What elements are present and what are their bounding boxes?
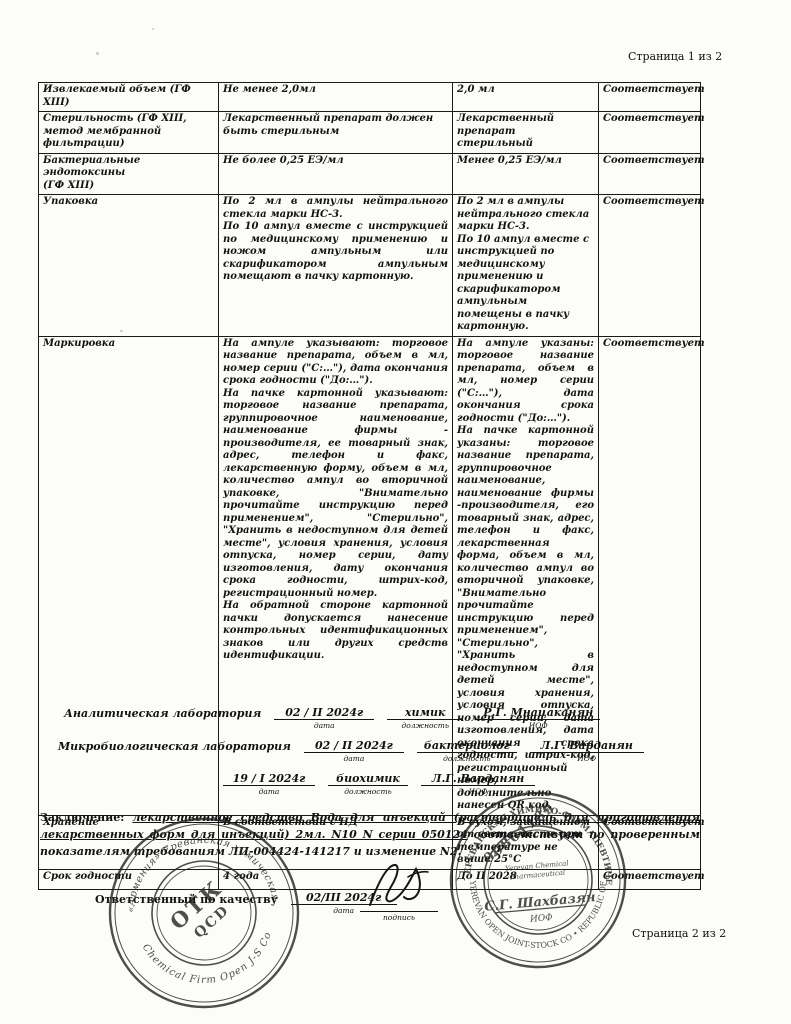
requirement-cell: Лекарственный препарат должен быть стери… [219,112,453,154]
date-value: 02 / II 2024г [274,706,374,720]
company-seal-stamp: ЕРЕВАНСКАЯ ХИМИКО-ФАРМАЦЕВТИЧЕСКАЯ ФИРМА… [443,785,632,974]
role-value: бактериолог [417,739,517,753]
person-field: Р.Г. Мнацаканян ИОФ [476,706,600,730]
signature-scribble [364,863,434,907]
scan-speck [152,28,154,30]
seal-director-name: С.Г. Шахбазян [484,890,596,915]
table-row: Извлекаемый объем (ГФ XIII) Не менее 2,0… [39,83,701,112]
table-row: Упаковка По 2 мл в ампулы нейтрального с… [39,195,701,337]
lab-name: Микробиологическая лаборатория [58,739,291,753]
person-value: Л.Г. Варданян [530,739,644,753]
scan-speck [120,330,123,332]
role-label: должность [344,787,391,796]
date-label: дата [259,787,280,796]
scanned-document-page: Страница 1 из 2 Извлекаемый объем (ГФ XI… [0,0,791,1024]
signature-label: подпись [360,913,438,922]
role-label: должность [402,721,449,730]
date-field: 02 / II 2024г дата [274,706,374,730]
date-value: 02 / II 2024г [304,739,404,753]
conclusion-cell: Соответствует [599,195,701,337]
result-cell: Лекарственный препарат стерильный [453,112,599,154]
date-field: 19 / I 2024г дата [223,772,315,796]
lab-name: Аналитическая лаборатория [64,706,261,720]
iof-label: ИОФ [577,754,596,763]
date-value: 19 / I 2024г [223,772,315,786]
date-label: дата [314,721,335,730]
page-number-bottom: Страница 2 из 2 [632,927,726,940]
param-cell: Бактериальные эндотоксины (ГФ XIII) [39,153,219,195]
conclusion-cell: Соответствует [599,112,701,154]
date-label: дата [333,906,354,915]
param-cell: Упаковка [39,195,219,337]
param-cell: Извлекаемый объем (ГФ XIII) [39,83,219,112]
micro-lab-row: Микробиологическая лаборатория 02 / II 2… [58,739,538,763]
conclusion-label: Заключение: [40,811,124,824]
result-cell: По 2 мл в ампулы нейтрального стекла мар… [453,195,599,337]
requirement-cell: Не менее 2,0мл [219,83,453,112]
role-field: биохимик должность [328,772,408,796]
requirement-cell: Не более 0,25 ЕЭ/мл [219,153,453,195]
requirement-cell: По 2 мл в ампулы нейтрального стекла мар… [219,195,453,337]
page-number-top: Страница 1 из 2 [628,50,722,63]
person-value: Р.Г. Мнацаканян [476,706,600,720]
date-field: 02 / II 2024г дата [304,739,404,763]
role-value: химик [387,706,463,720]
table-row: Стерильность (ГФ XIII, метод мембранной … [39,112,701,154]
scan-speck [70,180,72,182]
conclusion-cell: Соответствует [599,153,701,195]
seal-iof-label: ИОФ [529,913,554,925]
result-cell: 2,0 мл [453,83,599,112]
role-label: должность [443,754,490,763]
scan-speck [96,52,99,55]
iof-label: ИОФ [529,721,548,730]
signature-block: подпись [360,863,438,922]
table-row: Бактериальные эндотоксины (ГФ XIII) Не б… [39,153,701,195]
signature-line [360,863,438,912]
role-field: бактериолог должность [417,739,517,763]
result-cell: Менее 0,25 ЕЭ/мл [453,153,599,195]
role-value: биохимик [328,772,408,786]
person-value: Л.Г. Варданян [421,772,535,786]
param-cell: Стерильность (ГФ XIII, метод мембранной … [39,112,219,154]
analytical-lab-row: Аналитическая лаборатория 02 / II 2024г … [58,706,538,730]
person-field: Л.Г. Варданян ИОФ [530,739,644,763]
date-label: дата [344,754,365,763]
conclusion-cell: Соответствует [599,83,701,112]
qc-round-stamp: «Армения» Ереванская химическая фирма Ch… [95,804,313,1022]
role-field: химик должность [387,706,463,730]
